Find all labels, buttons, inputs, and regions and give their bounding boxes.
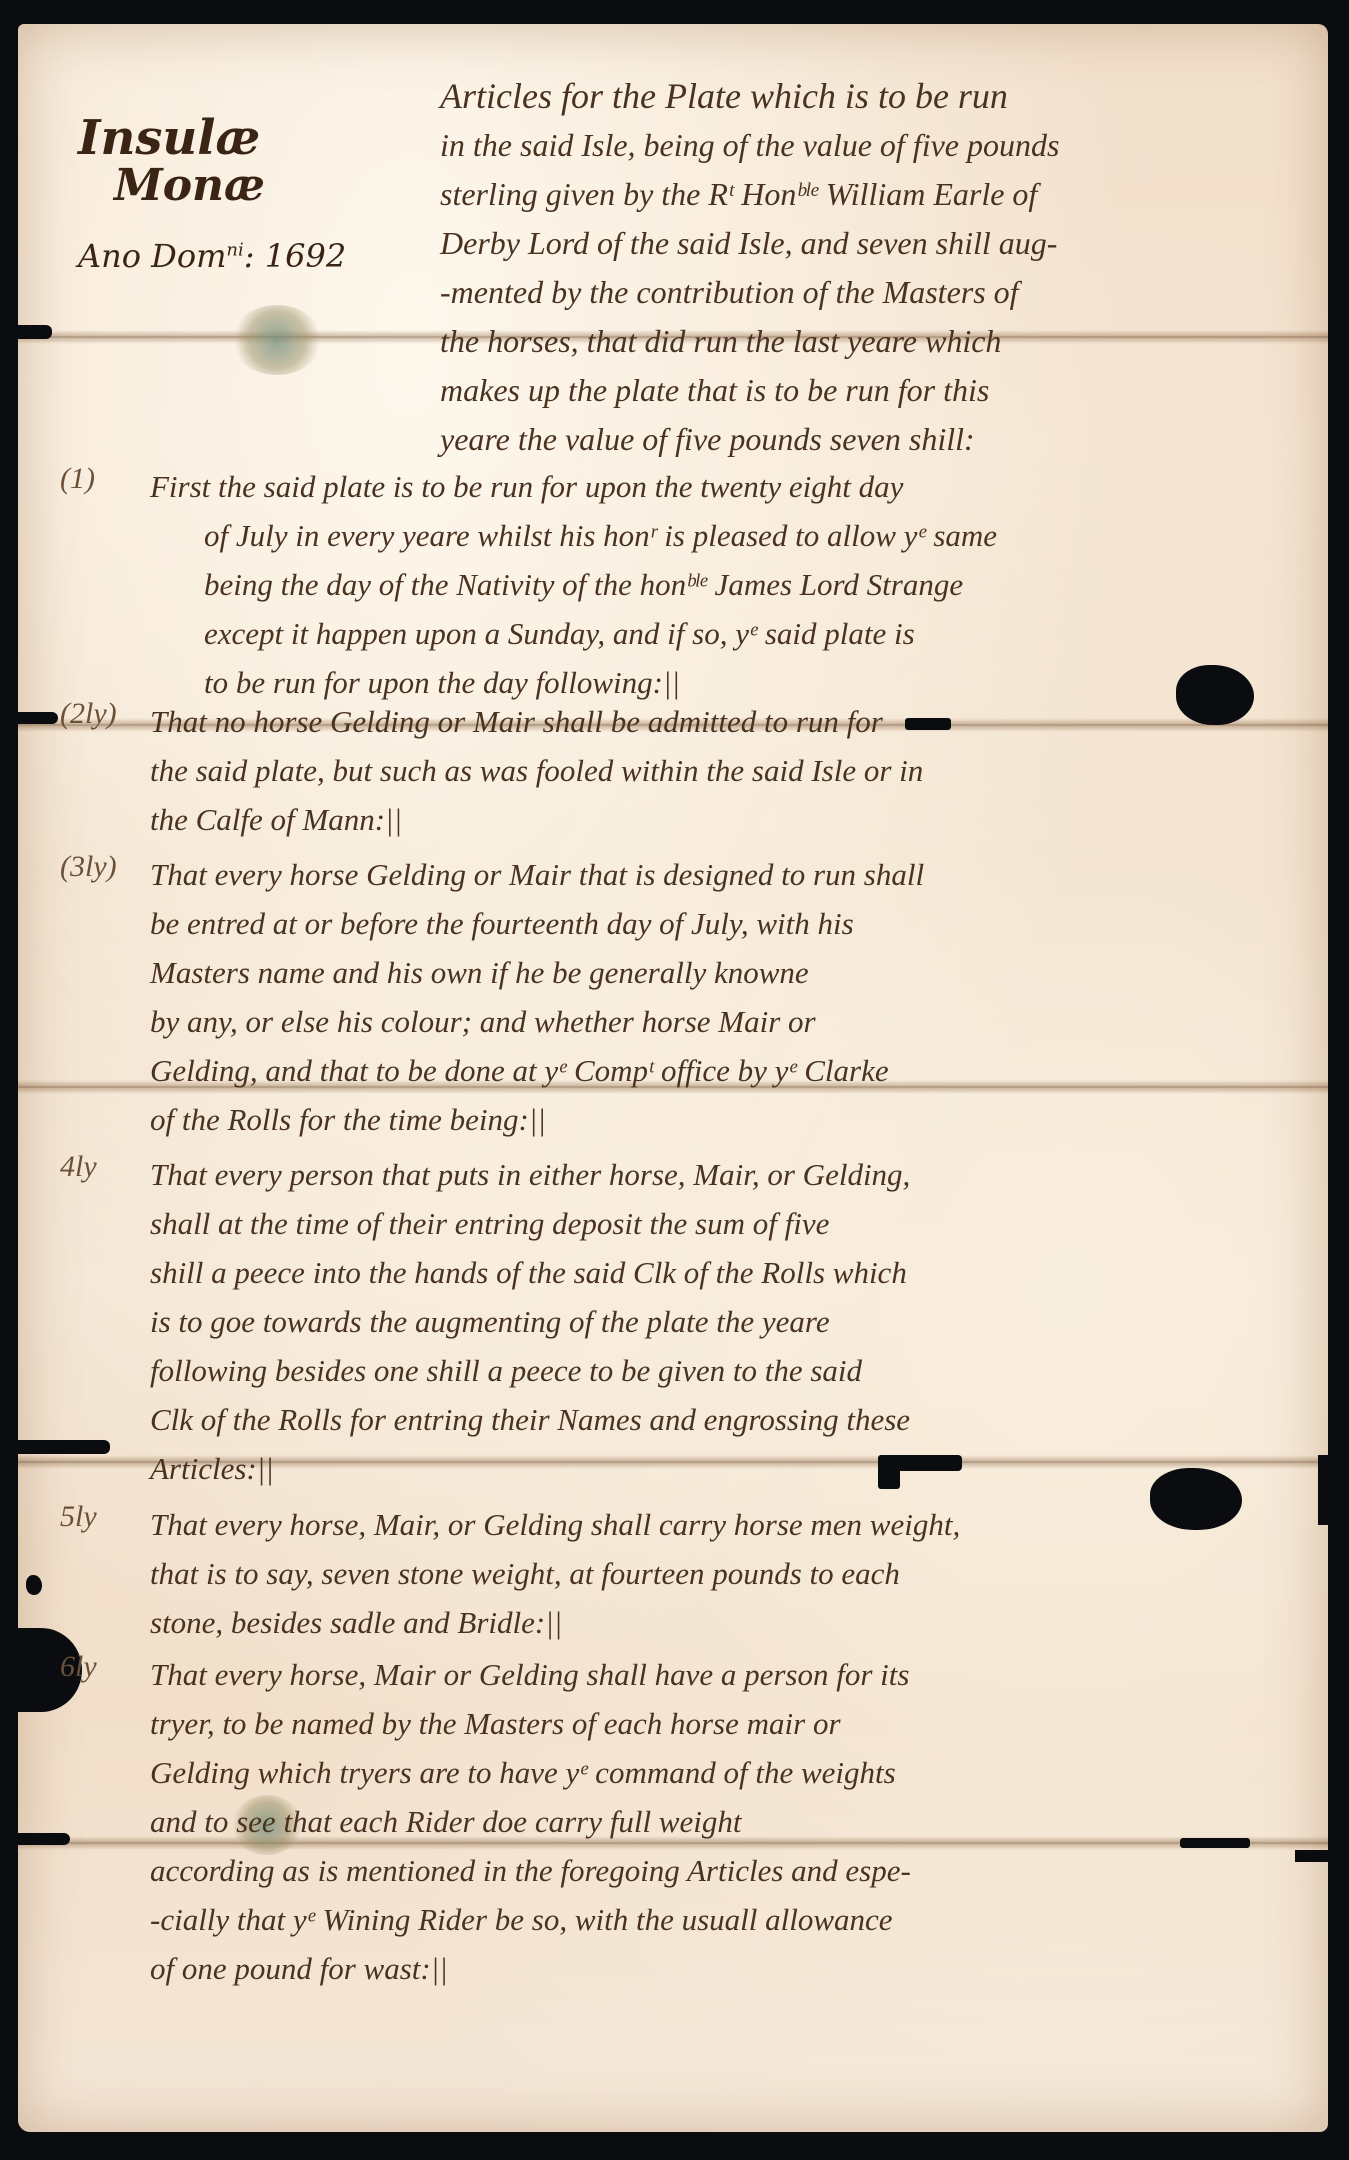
article-line: be entred at or before the fourteenth da… — [150, 899, 1320, 948]
article-line: That every horse, Mair or Gelding shall … — [150, 1650, 1320, 1699]
article-number: (1) — [60, 462, 95, 496]
article-line: Articles:|| — [150, 1444, 1320, 1493]
article-body: That every person that puts in either ho… — [150, 1150, 1320, 1493]
article-line: That every person that puts in either ho… — [150, 1150, 1320, 1199]
article-line: First the said plate is to be run for up… — [150, 462, 1320, 511]
article-line: of the Rolls for the time being:|| — [150, 1095, 1320, 1144]
article-line: by any, or else his colour; and whether … — [150, 997, 1320, 1046]
burn-hole — [26, 1575, 42, 1595]
article-line: is to goe towards the augmenting of the … — [150, 1297, 1320, 1346]
article-line: That every horse Gelding or Mair that is… — [150, 850, 1320, 899]
article-line: That no horse Gelding or Mair shall be a… — [150, 697, 1320, 746]
articles-heading: Articles for the Plate which is to be ru… — [440, 72, 1310, 464]
article-line: Gelding, and that to be done at yᵉ Compᵗ… — [150, 1046, 1320, 1095]
article-number: 4ly — [60, 1150, 97, 1184]
article-line: following besides one shill a peece to b… — [150, 1346, 1320, 1395]
article-line: That every horse, Mair, or Gelding shall… — [150, 1500, 1320, 1549]
article-line: being the day of the Nativity of the hon… — [150, 560, 1320, 609]
article-line: shall at the time of their entring depos… — [150, 1199, 1320, 1248]
heading-line: Derby Lord of the said Isle, and seven s… — [440, 219, 1310, 268]
article-body: That no horse Gelding or Mair shall be a… — [150, 697, 1320, 844]
article-line: the Calfe of Mann:|| — [150, 795, 1320, 844]
article-line: -cially that yᵉ Wining Rider be so, with… — [150, 1895, 1320, 1944]
heading-line: -mented by the contribution of the Maste… — [440, 268, 1310, 317]
heading-line: the horses, that did run the last yeare … — [440, 317, 1310, 366]
article-body: That every horse Gelding or Mair that is… — [150, 850, 1320, 1144]
article-line: except it happen upon a Sunday, and if s… — [150, 609, 1320, 658]
article-line: of one pound for wast:|| — [150, 1944, 1320, 1993]
article-line: and to see that each Rider doe carry ful… — [150, 1797, 1320, 1846]
edge-tear — [1318, 1455, 1349, 1525]
date-superscript: ni — [226, 239, 243, 260]
article-body: That every horse, Mair or Gelding shall … — [150, 1650, 1320, 1993]
article-line: according as is mentioned in the foregoi… — [150, 1846, 1320, 1895]
edge-tear — [0, 1833, 70, 1845]
heading-line: in the said Isle, being of the value of … — [440, 121, 1310, 170]
article-number: 5ly — [60, 1500, 97, 1534]
edge-tear — [0, 325, 52, 339]
article-line: the said plate, but such as was fooled w… — [150, 746, 1320, 795]
date-prefix: Ano Dom — [78, 237, 226, 275]
article-line: stone, besides sadle and Bridle:|| — [150, 1598, 1320, 1647]
heading-line: yeare the value of five pounds seven shi… — [440, 415, 1310, 464]
heading-line: makes up the plate that is to be run for… — [440, 366, 1310, 415]
margin-heading-line-1: Insulæ — [78, 110, 398, 166]
article-line: Clk of the Rolls for entring their Names… — [150, 1395, 1320, 1444]
article-line: that is to say, seven stone weight, at f… — [150, 1549, 1320, 1598]
date-year: 1692 — [265, 237, 346, 275]
article-body: That every horse, Mair, or Gelding shall… — [150, 1500, 1320, 1647]
margin-heading: Insulæ Monæ Ano Domni: 1692 — [78, 110, 398, 275]
article-line: tryer, to be named by the Masters of eac… — [150, 1699, 1320, 1748]
margin-heading-date: Ano Domni: 1692 — [78, 237, 398, 275]
article-body: First the said plate is to be run for up… — [150, 462, 1320, 707]
article-number: (3ly) — [60, 850, 117, 884]
article-line: Masters name and his own if he be genera… — [150, 948, 1320, 997]
heading-line: Articles for the Plate which is to be ru… — [440, 72, 1310, 121]
margin-heading-line-2: Monæ — [78, 160, 398, 211]
edge-tear — [0, 1440, 110, 1454]
article-line: shill a peece into the hands of the said… — [150, 1248, 1320, 1297]
edge-tear — [0, 712, 58, 724]
article-number: (2ly) — [60, 697, 117, 731]
article-line: Gelding which tryers are to have yᵉ comm… — [150, 1748, 1320, 1797]
article-line: of July in every yeare whilst his honʳ i… — [150, 511, 1320, 560]
article-number: 6ly — [60, 1650, 97, 1684]
ink-stain — [232, 305, 322, 375]
heading-line: sterling given by the Rᵗ Honᵇˡᵉ William … — [440, 170, 1310, 219]
